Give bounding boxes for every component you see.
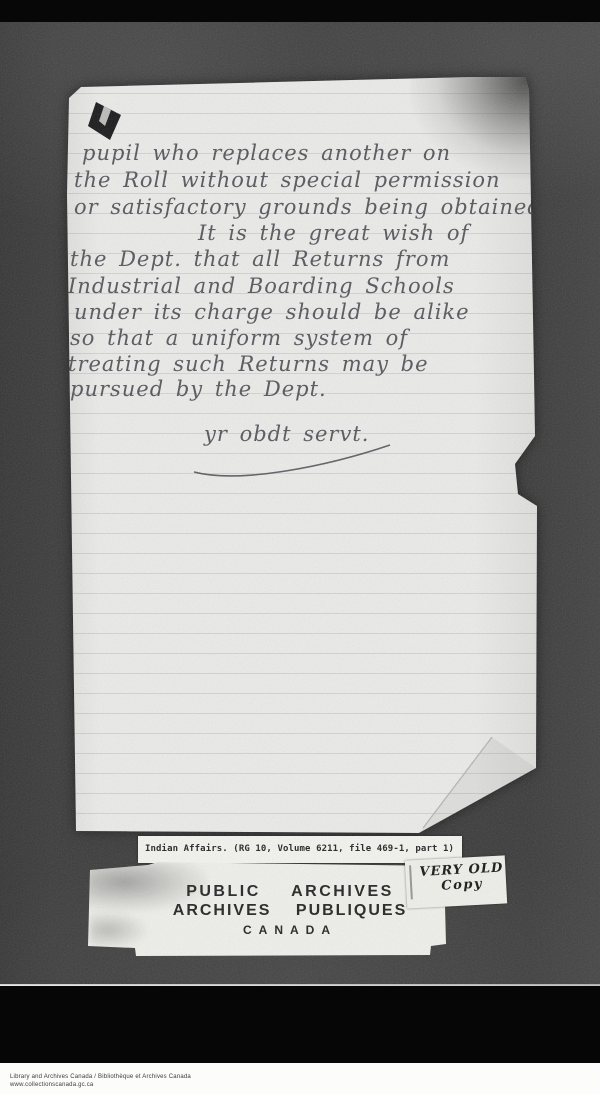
archival-scan-page: pupil who replaces another on the Roll w…	[0, 0, 600, 1094]
footer-text-block: Library and Archives Canada / Bibliothèq…	[10, 1073, 191, 1089]
slip-text-block: VERY OLD Copy	[405, 855, 507, 895]
footer-strip: Library and Archives Canada / Bibliothèq…	[0, 1063, 600, 1094]
stamp-text-block: PUBLIC ARCHIVES ARCHIVES PUBLIQUES CANAD…	[88, 862, 448, 938]
reference-label-strip: Indian Affairs. (RG 10, Volume 6211, fil…	[138, 836, 462, 863]
reference-label-text: Indian Affairs. (RG 10, Volume 6211, fil…	[138, 836, 462, 863]
scan-bottom-black-band	[0, 986, 600, 1064]
stamp-line-canada: CANADA	[132, 922, 448, 938]
very-old-copy-slip: VERY OLD Copy	[405, 855, 507, 908]
footer-credit: Library and Archives Canada / Bibliothèq…	[10, 1073, 191, 1081]
scan-top-black-band	[0, 0, 600, 22]
stamp-line-english: PUBLIC ARCHIVES	[132, 882, 448, 901]
letter-page: pupil who replaces another on the Roll w…	[66, 74, 540, 834]
paper-marks	[66, 74, 540, 834]
footer-url: www.collectionscanada.gc.ca	[10, 1081, 191, 1089]
signature-flourish	[194, 445, 390, 476]
archives-stamp-card: PUBLIC ARCHIVES ARCHIVES PUBLIQUES CANAD…	[88, 862, 448, 958]
stamp-line-french: ARCHIVES PUBLIQUES	[132, 901, 448, 920]
scan-artifact-line	[0, 984, 600, 986]
